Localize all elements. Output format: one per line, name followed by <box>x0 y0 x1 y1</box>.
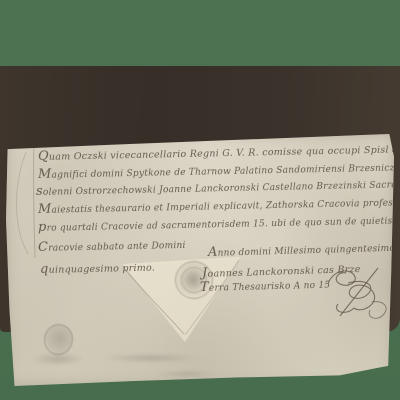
signature-flourish-icon <box>316 262 396 326</box>
parchment-sheet: Quam Oczski vicecancellario Regni G. V. … <box>6 134 394 386</box>
graphite-smudge <box>102 353 198 363</box>
manuscript-photo: Quam Oczski vicecancellario Regni G. V. … <box>0 0 400 400</box>
manuscript-closing-line: quinquagesimo primo. <box>40 260 155 277</box>
graphite-smudge <box>156 370 216 378</box>
photo-mount: Quam Oczski vicecancellario Regni G. V. … <box>0 66 400 332</box>
manuscript-line-6: Cracovie sabbato ante Domini <box>38 237 186 255</box>
graphite-smudge <box>32 352 84 366</box>
